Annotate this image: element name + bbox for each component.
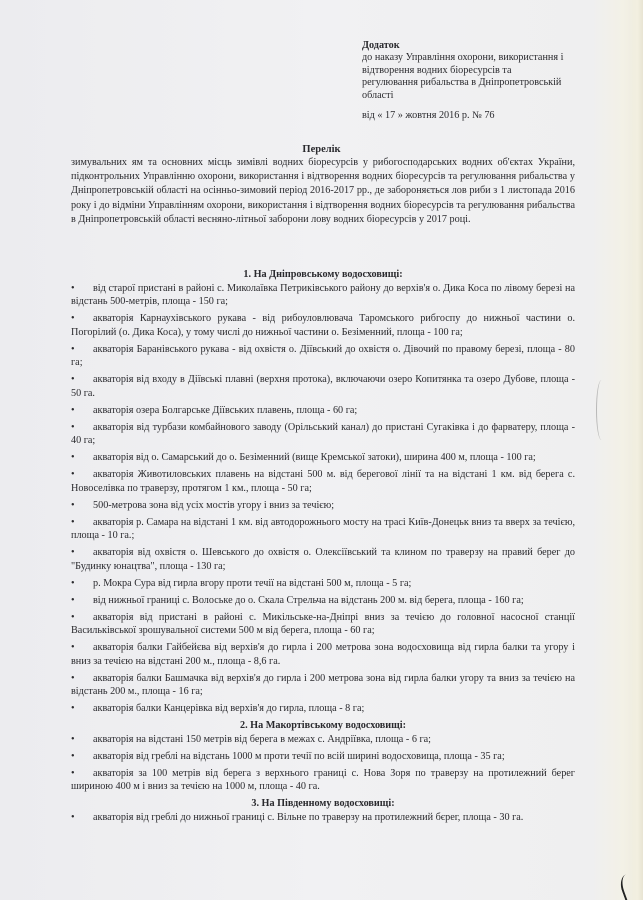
paper-edge (629, 0, 643, 900)
list-item: •акваторія Баранівського рукава - від ох… (71, 343, 575, 370)
list-item: •акваторія від греблі до нижньої границі… (71, 811, 575, 825)
bullet-icon: • (71, 546, 93, 560)
bullet-icon: • (71, 733, 93, 747)
addendum-line: області (362, 90, 632, 102)
list-item: •р. Мокра Сура від гирла вгору проти теч… (71, 577, 575, 591)
addendum-title: Додаток (362, 40, 632, 52)
addendum-line: до наказу Управління охорони, використан… (362, 52, 632, 64)
bullet-icon: • (71, 702, 93, 716)
addendum-line: відтворення водних біоресурсів та (362, 65, 632, 77)
list-item: •акваторія озера Болгарське Діївських пл… (71, 404, 575, 418)
bullet-icon: • (71, 611, 93, 625)
bullet-icon: • (71, 451, 93, 465)
addendum-block: Додаток до наказу Управління охорони, ви… (362, 40, 632, 122)
list-item: •акваторія Животиловських плавень на від… (71, 468, 575, 495)
bullet-icon: • (71, 577, 93, 591)
document-heading: Перелік (0, 144, 643, 155)
bullet-icon: • (71, 499, 93, 513)
list-item: •акваторія від турбази комбайнового заво… (71, 421, 575, 448)
bullet-icon: • (71, 343, 93, 357)
list-item: •від нижньої границі с. Волоське до о. С… (71, 594, 575, 608)
addendum-line: регулювання рибальства в Дніпропетровськ… (362, 77, 632, 89)
bullet-icon: • (71, 594, 93, 608)
section-title: 2. На Макортівському водосховищі: (71, 719, 575, 733)
bullet-icon: • (71, 750, 93, 764)
list-item: •акваторія від пристані в районі с. Микі… (71, 611, 575, 638)
list-item: •від старої пристані в районі с. Миколаї… (71, 282, 575, 309)
list-item: •акваторія від греблі на відстань 1000 м… (71, 750, 575, 764)
bullet-icon: • (71, 641, 93, 655)
scanned-page: Додаток до наказу Управління охорони, ви… (0, 0, 643, 900)
list-item: •акваторія від о. Самарський до о. Безім… (71, 451, 575, 465)
order-date: від « 17 » жовтня 2016 р. № 76 (362, 110, 632, 122)
bullet-icon: • (71, 312, 93, 326)
bullet-icon: • (71, 404, 93, 418)
list-item: •акваторія Карнаухівського рукава - від … (71, 312, 575, 339)
bullet-icon: • (71, 373, 93, 387)
list-item: •акваторія балки Башмачка від верхів'я д… (71, 672, 575, 699)
document-body: 1. На Дніпровському водосховищі: •від ст… (71, 268, 575, 828)
list-item: •акваторія балки Канцерівка від верхів'я… (71, 702, 575, 716)
list-item: •акваторія від охвістя о. Шевського до о… (71, 546, 575, 573)
list-item: •акваторія на відстані 150 метрів від бе… (71, 733, 575, 747)
list-item: •акваторія за 100 метрів від берега з ве… (71, 767, 575, 794)
bullet-icon: • (71, 282, 93, 296)
list-item: •акваторія балки Гайбейєва від верхів'я … (71, 641, 575, 668)
intro-paragraph: зимувальних ям та основних місць зимівлі… (71, 156, 575, 227)
list-item: •акваторія р. Самара на відстані 1 км. в… (71, 516, 575, 543)
bullet-icon: • (71, 516, 93, 530)
list-item: •акваторія від входу в Діївські плавні (… (71, 373, 575, 400)
section-title: 1. На Дніпровському водосховищі: (71, 268, 575, 282)
bullet-icon: • (71, 468, 93, 482)
bullet-icon: • (71, 672, 93, 686)
list-item: •500-метрова зона від усіх мостів угору … (71, 499, 575, 513)
bullet-icon: • (71, 767, 93, 781)
bullet-icon: • (71, 811, 93, 825)
bullet-icon: • (71, 421, 93, 435)
pencil-mark (596, 380, 607, 440)
section-title: 3. На Південному водосховищі: (71, 797, 575, 811)
